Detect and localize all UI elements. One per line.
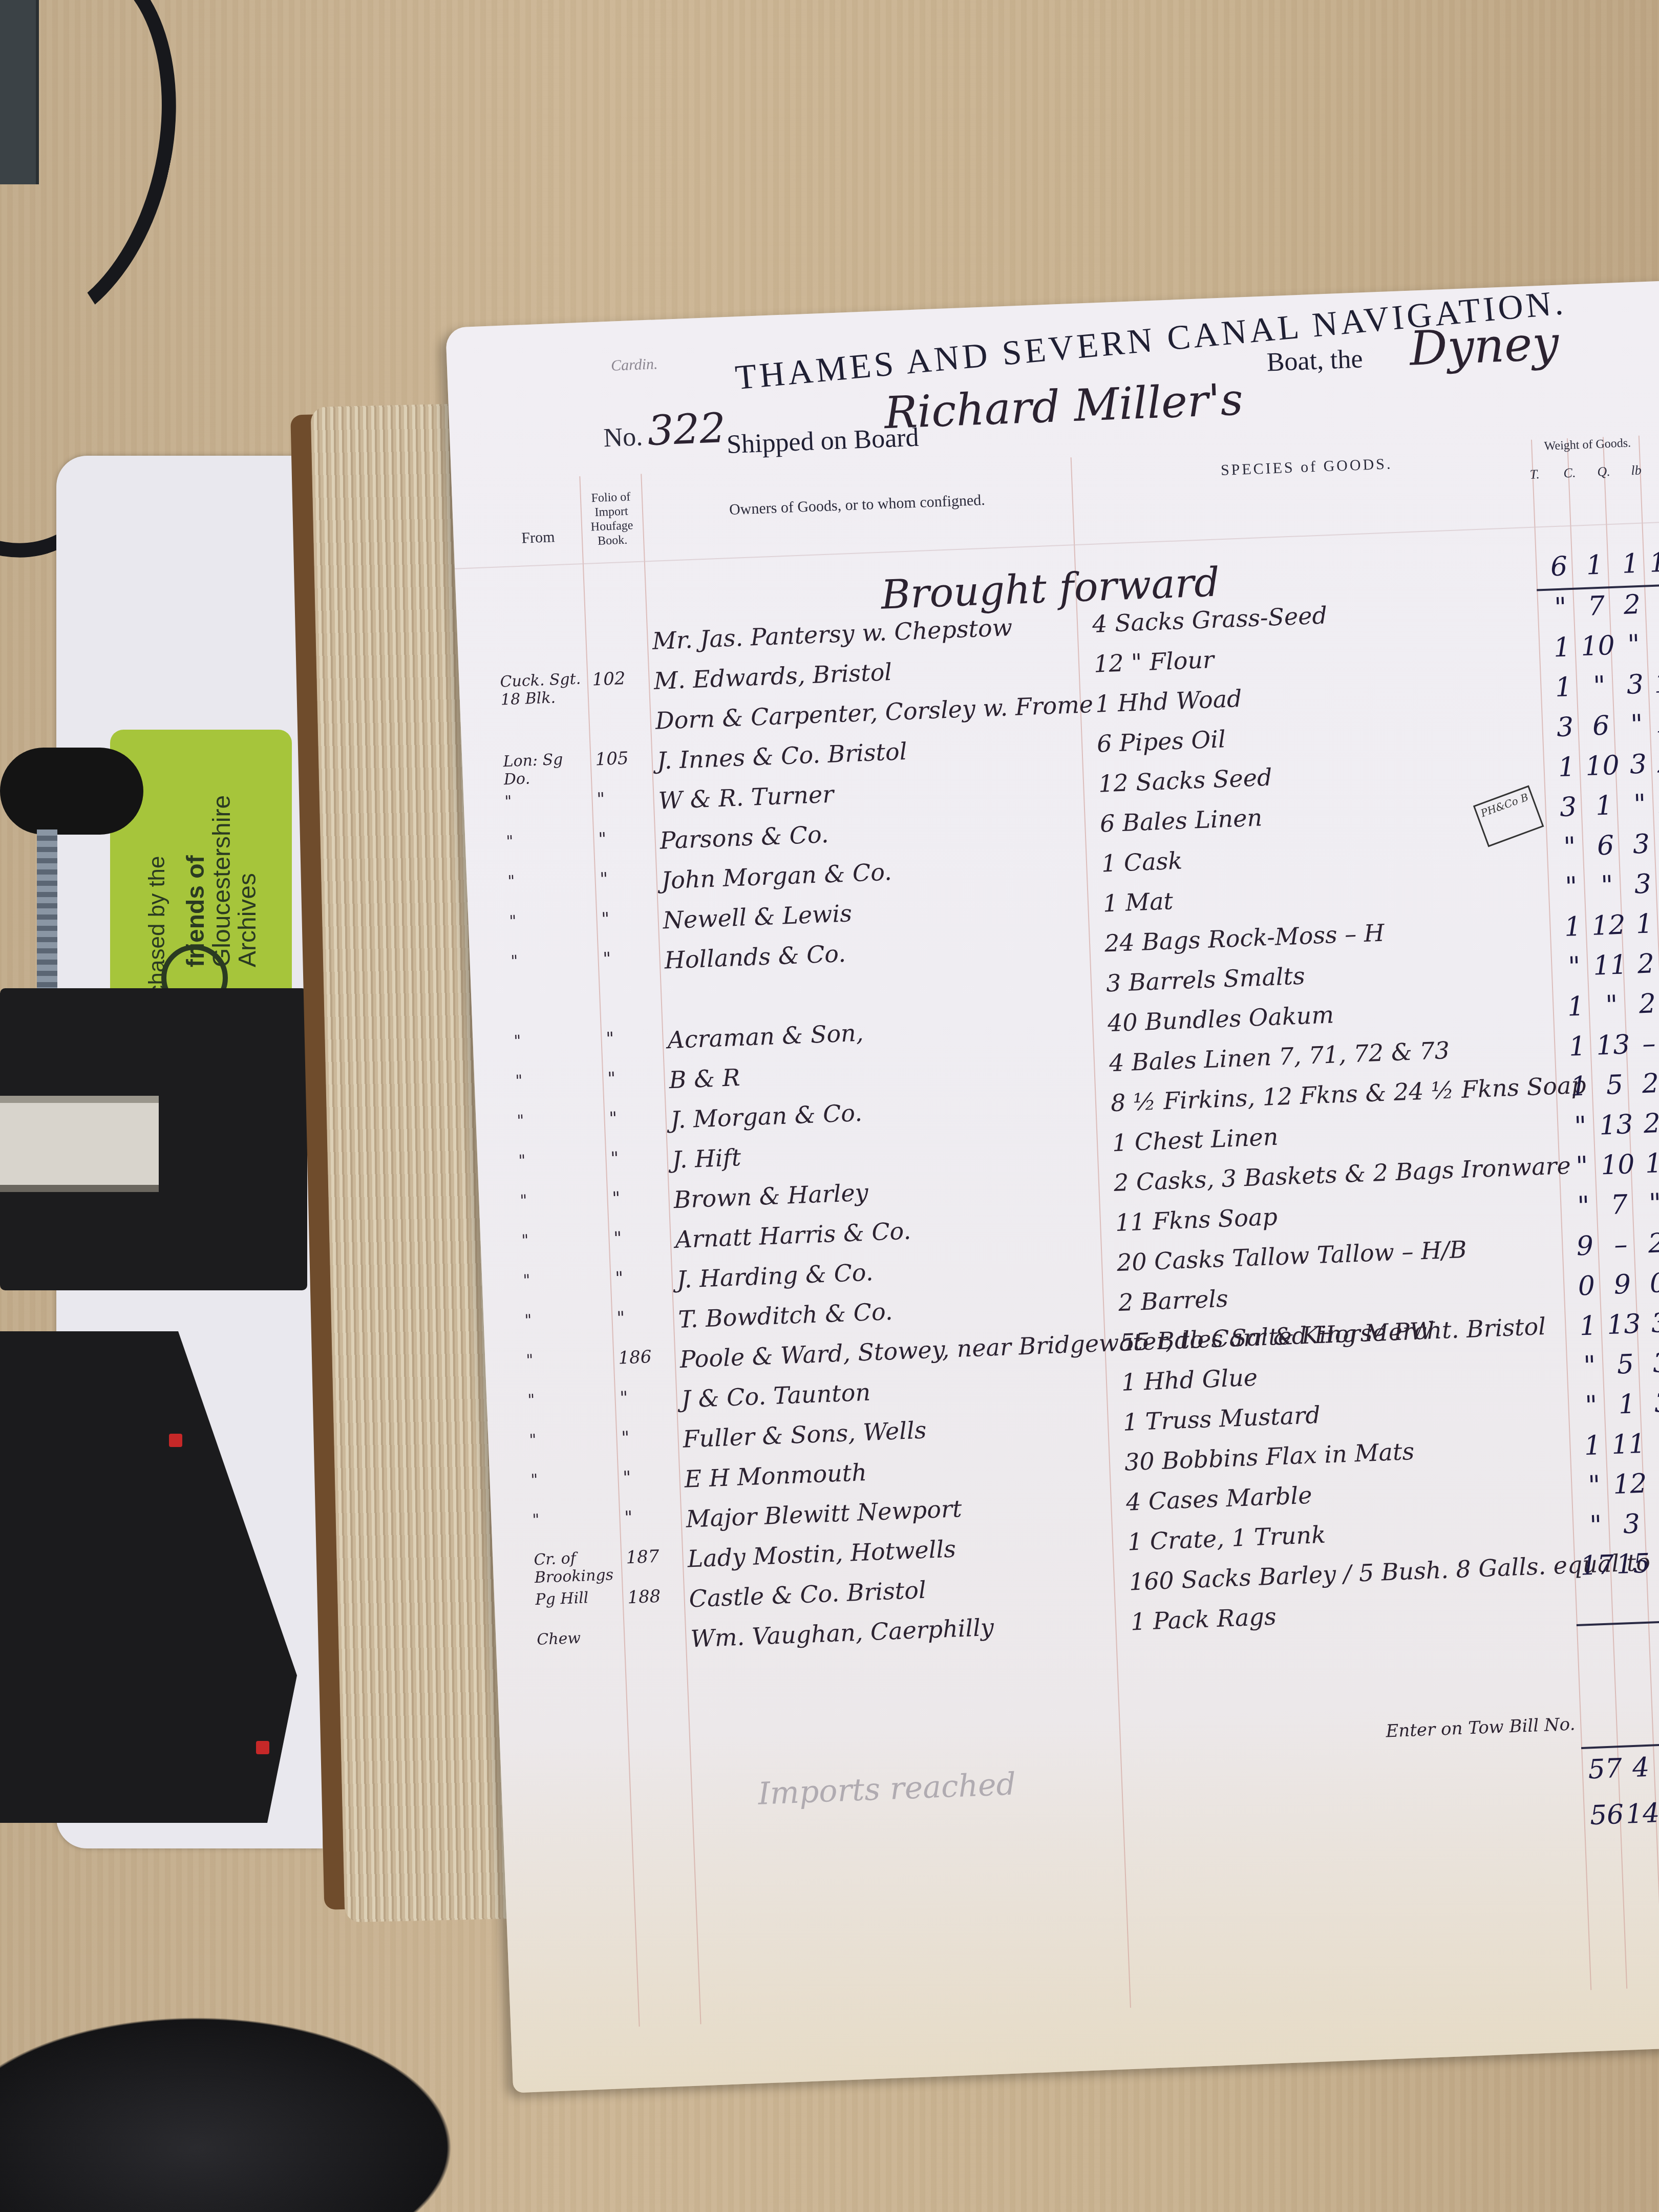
clamp-knob[interactable] — [0, 748, 143, 835]
weight-qtr: 3 — [1649, 1507, 1659, 1539]
weight-qtr: 0 — [1640, 1267, 1659, 1300]
folio-cell: " — [606, 1027, 663, 1049]
ledger-rows: Brought forward 6 1 1 14 Mr. Jas. Panter… — [497, 547, 1659, 592]
boat-name: Dyney — [1409, 316, 1560, 376]
weight-tons: 0 — [1568, 1270, 1605, 1303]
folio-cell: " — [616, 1306, 673, 1328]
weight-tons: 1 — [1557, 991, 1594, 1023]
weight-qtr: " — [1646, 1427, 1659, 1459]
weight-tons: 1 — [1574, 1430, 1611, 1462]
weight-units: T.C.Q.lb — [1529, 459, 1659, 482]
weight-lb: – — [1651, 627, 1659, 660]
from-cell: Pg Hill — [535, 1588, 623, 1609]
weight-qtr: 2 — [1627, 948, 1659, 981]
weight-qtr: 2 — [1632, 1068, 1659, 1100]
folio-cell: 188 — [627, 1585, 684, 1608]
weight-qtr: 3 — [1620, 749, 1656, 781]
number-value: 322 — [647, 404, 727, 455]
folio-cell: " — [621, 1426, 678, 1448]
weight-tons: " — [1576, 1470, 1612, 1502]
folio-cell: 102 — [592, 667, 649, 690]
from-cell: Lon: Sg Do. — [503, 750, 591, 789]
weight-qtr: – — [1647, 1467, 1659, 1499]
weight-cwt: 6 — [1582, 710, 1619, 742]
weight-tons: 1 — [1560, 1071, 1597, 1103]
weight-cwt: 1 — [1608, 1389, 1645, 1421]
headphones — [0, 1997, 492, 2212]
from-cell: " — [515, 1069, 603, 1090]
weight-cwt: 13 — [1605, 1309, 1642, 1341]
from-cell: Cuck. Sgt. 18 Blk. — [500, 670, 588, 709]
folio-cell: " — [615, 1266, 672, 1288]
weight-cwt: 11 — [1591, 949, 1628, 982]
red-button-icon — [256, 1741, 269, 1754]
weight-lb: 12 — [1652, 667, 1659, 699]
from-cell: " — [504, 790, 592, 811]
folio-cell: " — [624, 1505, 681, 1528]
weight-qtr: 3 — [1617, 669, 1653, 701]
clamp-screw — [37, 829, 57, 993]
weight-tons: 3 — [1546, 711, 1583, 743]
boat-label: Boat, the — [1266, 344, 1364, 377]
weight-qtr: " — [1636, 1187, 1659, 1220]
weight-cwt: 11 — [1610, 1429, 1647, 1461]
weight-qtr: 3 — [1641, 1307, 1659, 1339]
weight-cwt: 7 — [1578, 590, 1614, 623]
number-label: No. — [603, 422, 643, 453]
weight-cwt: 15 — [1614, 1548, 1651, 1580]
tow-bill-note: Enter on Tow Bill No. — [1386, 1704, 1659, 1742]
from-cell: " — [523, 1268, 610, 1290]
weight-cwt: " — [1588, 869, 1625, 902]
weight-tons: 9 — [1566, 1230, 1603, 1263]
from-cell: " — [527, 1388, 615, 1410]
folio-cell: " — [603, 947, 660, 969]
weight-cwt: 10 — [1599, 1149, 1636, 1181]
folio-cell — [590, 627, 647, 629]
weight-tons: " — [1552, 871, 1589, 903]
folio-cell: " — [613, 1226, 670, 1248]
weight-cwt: " — [1581, 670, 1618, 703]
weight-qtr: 2 — [1629, 988, 1659, 1020]
weight-qtr: 2 — [1650, 1547, 1659, 1579]
weight-tons: 17 — [1579, 1549, 1615, 1582]
from-cell: " — [520, 1188, 607, 1210]
weight-qtr: " — [1615, 629, 1652, 661]
weight-cwt: 13 — [1598, 1109, 1634, 1141]
col-owners: Owners of Goods, or to whom configned. — [647, 488, 1068, 522]
from-cell: Cr. of Brookings — [534, 1548, 622, 1587]
weight-tons: " — [1577, 1509, 1614, 1542]
weight-cwt: 10 — [1584, 750, 1621, 782]
weight-cwt: 10 — [1579, 630, 1616, 663]
folio-cell: " — [623, 1465, 679, 1488]
folio-cell: " — [610, 1146, 667, 1169]
col-from: From — [499, 527, 577, 548]
weight-cwt: 1 — [1585, 790, 1622, 822]
from-cell: " — [506, 829, 593, 851]
entry-number: No.322 — [602, 404, 727, 456]
from-cell: " — [518, 1148, 606, 1170]
weight-cwt — [1616, 1588, 1652, 1589]
weight-qtr: 3 — [1643, 1347, 1659, 1379]
folio-cell: " — [612, 1186, 669, 1209]
shipper-name: Richard Miller's — [883, 374, 1244, 439]
weight-tons: " — [1565, 1190, 1602, 1223]
col-weight: Weight of Goods. — [1526, 435, 1649, 454]
folio-cell: 187 — [626, 1545, 683, 1568]
weight-lb: 21 — [1655, 747, 1659, 779]
weight-qtr: 2 — [1638, 1227, 1659, 1260]
weight-qtr: – — [1630, 1028, 1659, 1060]
weight-tons: 3 — [1549, 791, 1586, 823]
weight-qtr: 1 — [1626, 908, 1659, 941]
weight-tons: 1 — [1559, 1031, 1596, 1063]
weight-qtr: 2 — [1613, 589, 1650, 621]
weight-tons: " — [1562, 1111, 1599, 1143]
weight-cwt: – — [1602, 1229, 1639, 1261]
weight-tons: " — [1542, 591, 1579, 624]
weight-tons: " — [1571, 1350, 1608, 1382]
weight-tons: " — [1563, 1151, 1600, 1183]
folio-cell: " — [609, 1107, 666, 1129]
weight-tons: 1 — [1545, 671, 1582, 704]
from-cell: " — [530, 1468, 618, 1490]
folio-cell: " — [598, 827, 655, 849]
from-cell: " — [511, 949, 598, 971]
weight-cwt: 13 — [1594, 1029, 1631, 1061]
folio-cell: 186 — [618, 1346, 675, 1368]
weight-tons: 1 — [1569, 1310, 1606, 1342]
weight-qtr: 3 — [1624, 868, 1659, 901]
from-cell: " — [517, 1109, 604, 1130]
weight-qtr: 3 — [1644, 1387, 1659, 1419]
from-cell: " — [514, 1029, 601, 1050]
weight-tons: 1 — [1548, 751, 1585, 783]
from-cell: " — [529, 1428, 616, 1450]
folio-cell: " — [597, 787, 653, 810]
weight-tons: " — [1572, 1390, 1609, 1422]
weight-tons: 1 — [1554, 911, 1591, 943]
red-button-icon — [169, 1434, 182, 1447]
weight-cwt: 5 — [1607, 1349, 1644, 1381]
weight-cwt: 12 — [1590, 909, 1627, 942]
from-cell: " — [524, 1308, 612, 1330]
from-cell: " — [509, 909, 597, 931]
weight-qtr: 3 — [1623, 828, 1659, 861]
weight-tons: 1 — [1543, 631, 1580, 664]
folio-cell: " — [607, 1067, 664, 1089]
folio-cell: 105 — [595, 747, 652, 770]
weight-cwt: 5 — [1596, 1069, 1633, 1101]
weight-qtr: " — [1621, 789, 1658, 821]
weight-tons: " — [1551, 831, 1588, 863]
weight-lb: – — [1649, 587, 1659, 620]
pencil-note: Cardin. — [610, 355, 658, 374]
from-cell: " — [532, 1508, 620, 1529]
weight-qtr: 1 — [1635, 1147, 1659, 1180]
weight-qtr: " — [1618, 709, 1655, 741]
weight-cwt: 12 — [1611, 1469, 1648, 1501]
ledger-page: Cardin. No.322 THAMES AND SEVERN CANAL N… — [445, 280, 1659, 2093]
weight-tons: " — [1556, 951, 1592, 983]
col-folio: Folio of Import Houfage Book. — [585, 490, 638, 549]
from-cell: Chew — [537, 1628, 624, 1649]
from-cell: " — [521, 1228, 609, 1250]
weight-cwt: 6 — [1587, 829, 1624, 862]
clamp-rail — [0, 1096, 159, 1192]
from-cell: " — [507, 869, 595, 891]
weight-cwt: 7 — [1601, 1189, 1637, 1221]
weight-qtr: 2 — [1633, 1108, 1659, 1140]
weight-cwt: 9 — [1604, 1269, 1641, 1301]
weight-cwt: " — [1593, 989, 1630, 1022]
folio-cell: " — [600, 867, 656, 889]
folio-cell: " — [620, 1386, 676, 1408]
weight-lb: 11 — [1654, 707, 1659, 739]
col-species: SPECIES of GOODS. — [1086, 450, 1527, 484]
weight-cwt: 3 — [1613, 1508, 1650, 1540]
from-cell: " — [526, 1348, 613, 1370]
folio-cell: " — [601, 907, 658, 929]
